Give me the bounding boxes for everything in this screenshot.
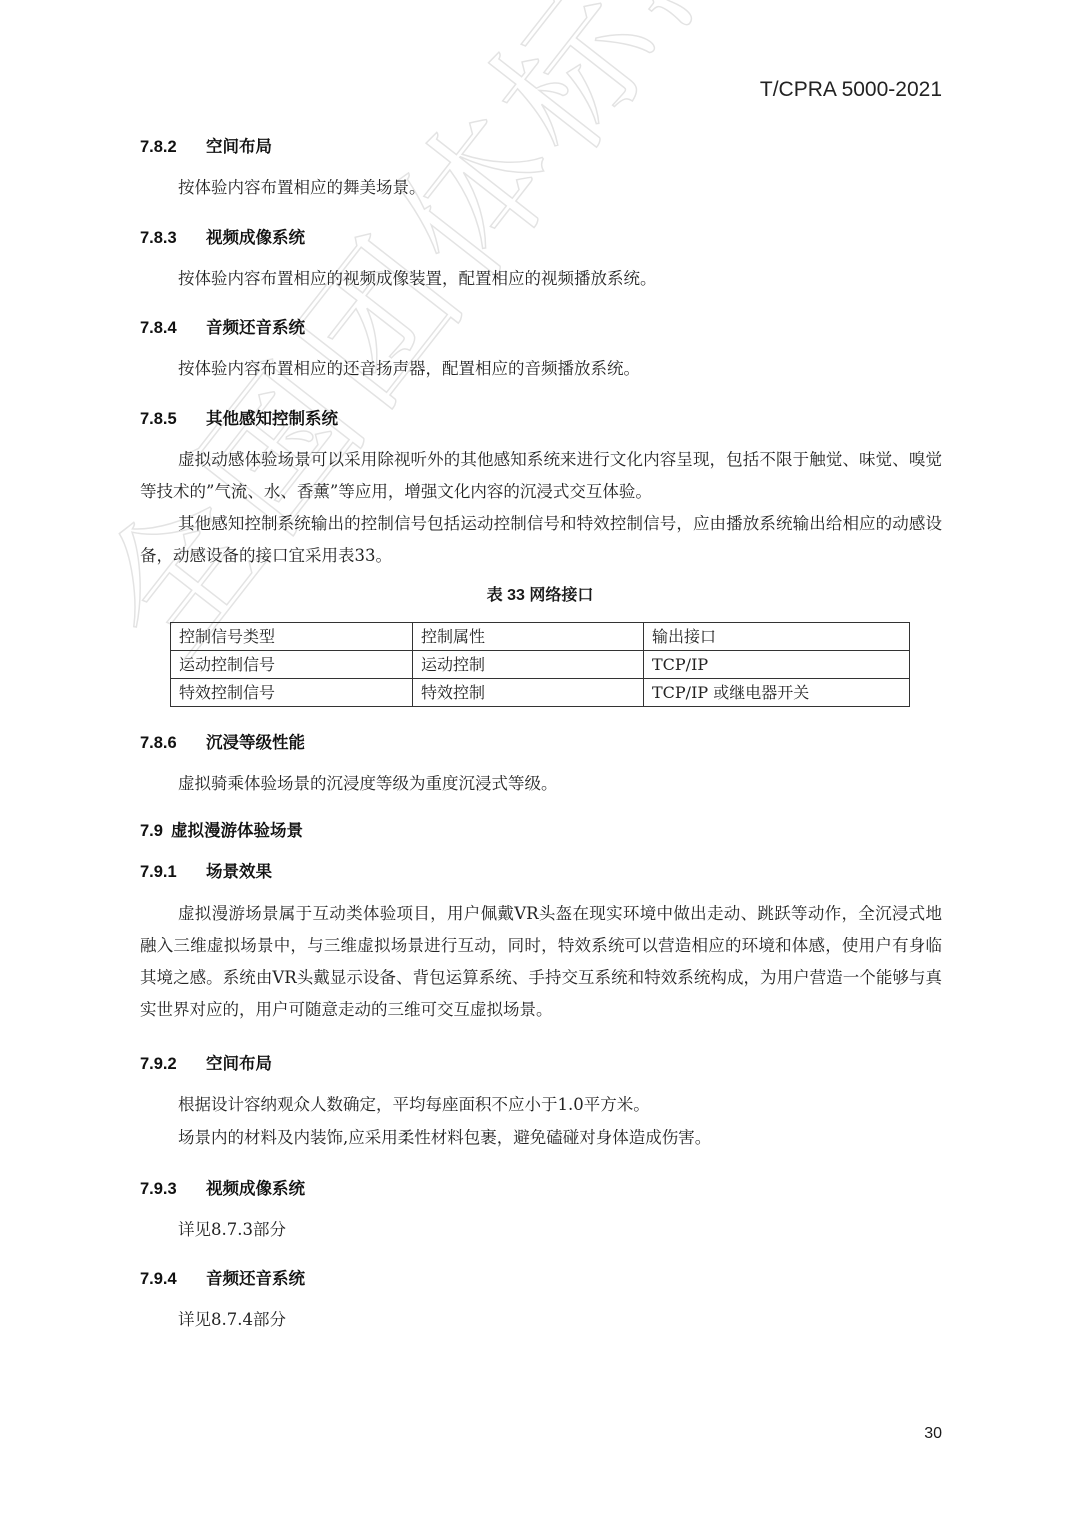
table-row: 特效控制信号 特效控制 TCP/IP 或继电器开关 (171, 679, 910, 707)
section-title: 音频还音系统 (206, 1270, 305, 1288)
heading-7-8-5: 7.8.5其他感知控制系统 (140, 405, 338, 429)
paragraph-7-9-3: 详见8.7.3部分 (140, 1214, 942, 1246)
paragraph-7-9-4: 详见8.7.4部分 (140, 1304, 942, 1336)
section-number: 7.9.3 (140, 1180, 206, 1199)
heading-7-9-1: 7.9.1场景效果 (140, 858, 272, 882)
paragraph-7-8-6: 虚拟骑乘体验场景的沉浸度等级为重度沉浸式等级。 (140, 768, 942, 800)
heading-7-9-3: 7.9.3视频成像系统 (140, 1175, 305, 1199)
paragraph-7-9-1: 虚拟漫游场景属于互动类体验项目，用户佩戴VR头盔在现实环境中做出走动、跳跃等动作… (140, 898, 942, 1026)
paragraph-7-9-2-1: 根据设计容纳观众人数确定，平均每座面积不应小于1.0平方米。 (140, 1089, 942, 1121)
section-title: 场景效果 (206, 863, 272, 881)
header-cell: 输出接口 (644, 623, 910, 651)
section-number: 7.8.4 (140, 319, 206, 338)
paragraph-7-8-5-2: 其他感知控制系统输出的控制信号包括运动控制信号和特效控制信号，应由播放系统输出给… (140, 508, 942, 572)
table-header-row: 控制信号类型 控制属性 输出接口 (171, 623, 910, 651)
section-number: 7.9 (140, 822, 163, 841)
section-title: 其他感知控制系统 (206, 410, 338, 428)
heading-7-9-2: 7.9.2空间布局 (140, 1050, 272, 1074)
header-cell: 控制信号类型 (171, 623, 413, 651)
header-cell: 控制属性 (413, 623, 644, 651)
section-title: 虚拟漫游体验场景 (171, 822, 303, 840)
table-cell: TCP/IP (644, 651, 910, 679)
section-title: 视频成像系统 (206, 1180, 305, 1198)
heading-7-9-4: 7.9.4音频还音系统 (140, 1265, 305, 1289)
heading-7-8-6: 7.8.6沉浸等级性能 (140, 729, 305, 753)
network-interface-table: 控制信号类型 控制属性 输出接口 运动控制信号 运动控制 TCP/IP 特效控制… (170, 622, 910, 707)
section-number: 7.8.6 (140, 734, 206, 753)
section-number: 7.8.5 (140, 410, 206, 429)
paragraph-7-8-2: 按体验内容布置相应的舞美场景。 (140, 172, 942, 204)
section-number: 7.9.1 (140, 863, 206, 882)
section-title: 沉浸等级性能 (206, 734, 305, 752)
section-number: 7.9.2 (140, 1055, 206, 1074)
heading-7-8-4: 7.8.4音频还音系统 (140, 314, 305, 338)
table-row: 运动控制信号 运动控制 TCP/IP (171, 651, 910, 679)
heading-7-8-2: 7.8.2空间布局 (140, 133, 272, 157)
section-title: 视频成像系统 (206, 229, 305, 247)
paragraph-7-9-2-2: 场景内的材料及内装饰,应采用柔性材料包裹，避免磕碰对身体造成伤害。 (140, 1122, 942, 1154)
section-number: 7.8.3 (140, 229, 206, 248)
section-title: 空间布局 (206, 138, 272, 156)
section-number: 7.9.4 (140, 1270, 206, 1289)
table-cell: 特效控制 (413, 679, 644, 707)
table-cell: TCP/IP 或继电器开关 (644, 679, 910, 707)
page-number: 30 (924, 1425, 942, 1443)
paragraph-7-8-4: 按体验内容布置相应的还音扬声器，配置相应的音频播放系统。 (140, 353, 942, 385)
table-cell: 运动控制信号 (171, 651, 413, 679)
paragraph-7-8-5-1: 虚拟动感体验场景可以采用除视听外的其他感知系统来进行文化内容呈现，包括不限于触觉… (140, 444, 942, 508)
table-cell: 运动控制 (413, 651, 644, 679)
heading-7-8-3: 7.8.3视频成像系统 (140, 224, 305, 248)
table-cell: 特效控制信号 (171, 679, 413, 707)
section-number: 7.8.2 (140, 138, 206, 157)
heading-7-9: 7.9虚拟漫游体验场景 (140, 817, 303, 841)
document-code: T/CPRA 5000-2021 (760, 78, 942, 102)
paragraph-7-8-3: 按体验内容布置相应的视频成像装置，配置相应的视频播放系统。 (140, 263, 942, 295)
table-caption: 表 33 网络接口 (0, 582, 1080, 605)
section-title: 空间布局 (206, 1055, 272, 1073)
section-title: 音频还音系统 (206, 319, 305, 337)
